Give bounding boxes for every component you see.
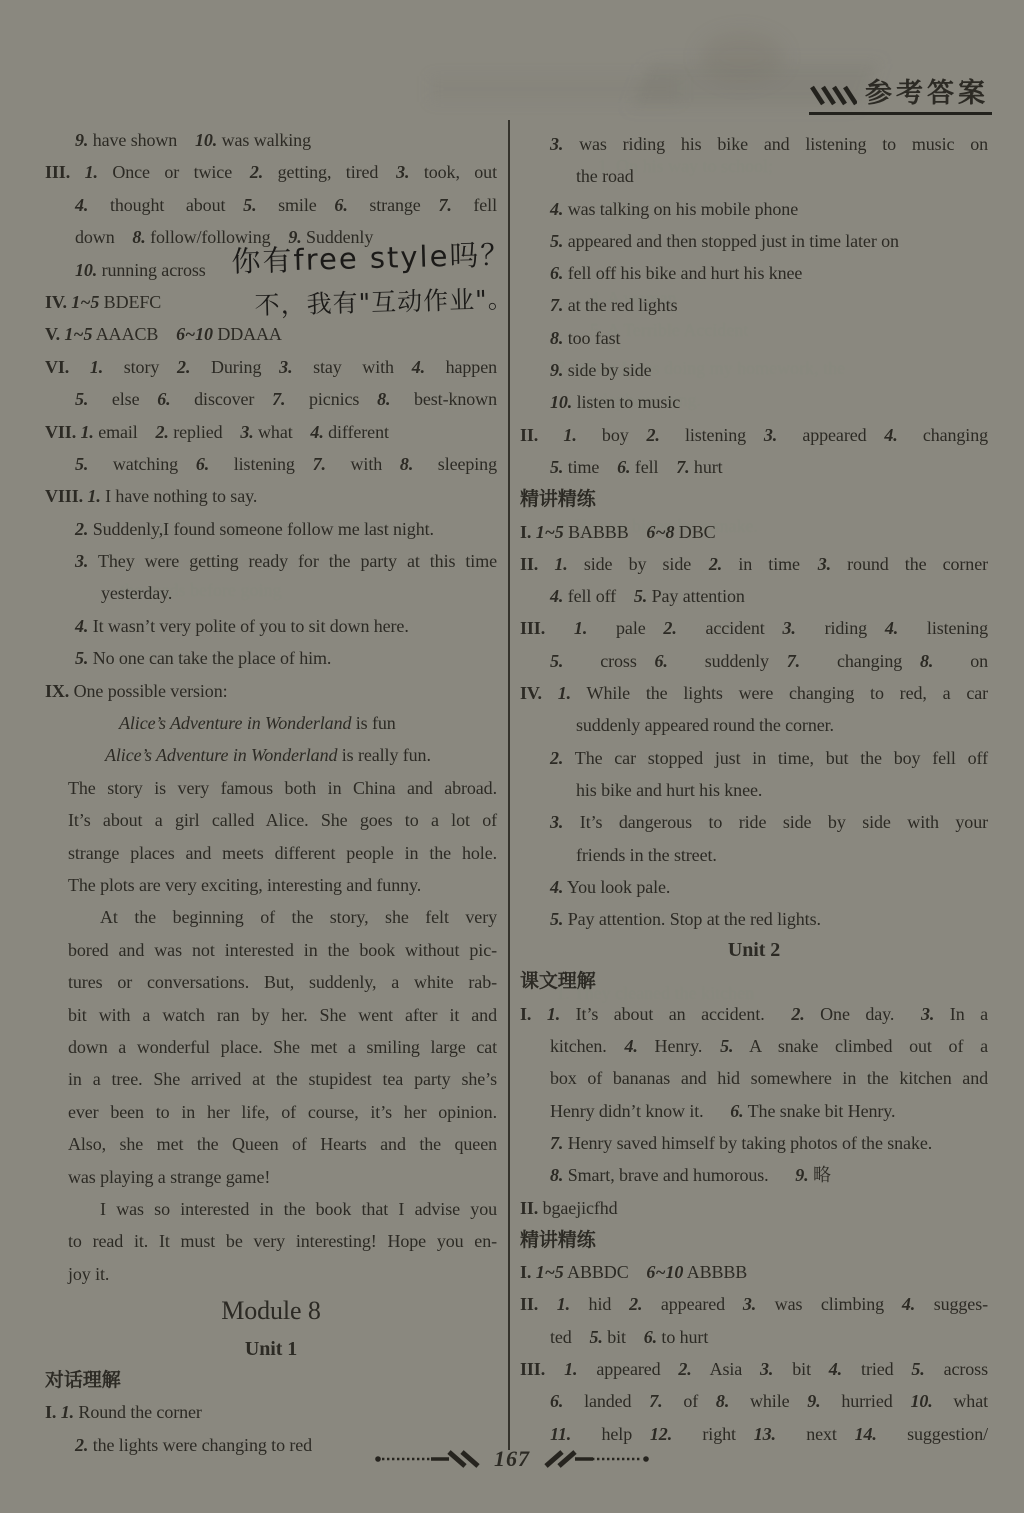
bleedthrough-smudge: [430, 76, 680, 102]
answer-line: tures or conversations. But, suddenly, a…: [45, 966, 497, 998]
answer-line: I. 1. Round the corner: [45, 1396, 497, 1428]
answer-line: II. bgaejicfhd: [520, 1192, 988, 1224]
answer-line: 4. was talking on his mobile phone: [520, 193, 988, 225]
answer-line: IV. 1. While the lights were changing to…: [520, 677, 988, 709]
page-footer: 167: [0, 1446, 1024, 1472]
column-left: 9. have shown 10. was walkingIII. 1. Onc…: [45, 118, 497, 1461]
answer-line: 5. else 6. discover 7. picnics 8. best-k…: [45, 383, 497, 415]
answer-line: Alice’s Adventure in Wonderland is reall…: [45, 739, 497, 771]
answer-line: suddenly appeared round the corner.: [520, 709, 988, 741]
footer-rule-right-icon: [539, 1450, 651, 1468]
answer-line: VII. 1. email 2. replied 3. what 4. diff…: [45, 416, 497, 448]
answer-line: box of bananas and hid somewhere in the …: [520, 1062, 988, 1094]
answer-line: I. 1~5 ABBDC 6~10 ABBBB: [520, 1256, 988, 1288]
answer-line: strange places and meets different peopl…: [45, 837, 497, 869]
answer-line: 5. time 6. fell 7. hurt: [520, 451, 988, 483]
answer-line: 5. cross 6. suddenly 7. changing 8. on: [520, 645, 988, 677]
answer-line: ted 5. bit 6. to hurt: [520, 1321, 988, 1353]
answer-line: the road: [520, 160, 988, 192]
answer-line: ever been to in her life, of course, it’…: [45, 1096, 497, 1128]
answer-line: At the beginning of the story, she felt …: [45, 901, 497, 933]
answer-line: 5. Pay attention. Stop at the red lights…: [520, 903, 988, 935]
section-heading: 课文理解: [520, 965, 988, 997]
answer-line: Also, she met the Queen of Hearts and th…: [45, 1128, 497, 1160]
answer-line: The story is very famous both in China a…: [45, 772, 497, 804]
answer-line: 5. appeared and then stopped just in tim…: [520, 225, 988, 257]
answer-line: The plots are very exciting, interesting…: [45, 869, 497, 901]
answer-line: 6. fell off his bike and hurt his knee: [520, 257, 988, 289]
answer-line: 4. fell off 5. Pay attention: [520, 580, 988, 612]
answer-line: 10. running across: [45, 254, 497, 286]
decorative-slashes-icon: [809, 84, 857, 106]
answer-line: V. 1~5 AAACB 6~10 DDAAA: [45, 318, 497, 350]
answer-line: III. 1. Once or twice 2. getting, tired …: [45, 156, 497, 188]
answer-line: I was so interested in the book that I a…: [45, 1193, 497, 1225]
answer-line: II. 1. side by side 2. in time 3. round …: [520, 548, 988, 580]
answer-line: 9. side by side: [520, 354, 988, 386]
page-number: 167: [494, 1446, 530, 1472]
module-heading: Module 8: [45, 1290, 497, 1334]
footer-rule-left-icon: [373, 1450, 485, 1468]
answer-line: 3. It’s dangerous to ride side by side w…: [520, 806, 988, 838]
answer-line: III. 1. pale 2. accident 3. riding 4. li…: [520, 612, 988, 644]
answer-line: 4. You look pale.: [520, 871, 988, 903]
answer-line: 3. They were getting ready for the party…: [45, 545, 497, 577]
answer-line: 5. watching 6. listening 7. with 8. slee…: [45, 448, 497, 480]
section-heading: 对话理解: [45, 1364, 497, 1396]
answer-line: 4. It wasn’t very polite of you to sit d…: [45, 610, 497, 642]
unit-heading: Unit 1: [45, 1334, 497, 1364]
answer-line: VI. 1. story 2. During 3. stay with 4. h…: [45, 351, 497, 383]
answer-line: VIII. 1. I have nothing to say.: [45, 480, 497, 512]
answer-line: It’s about a girl called Alice. She goes…: [45, 804, 497, 836]
scanned-answer-page: 1. On his way to school;4. A woman5. A T…: [0, 0, 1024, 1513]
answer-line: 5. No one can take the place of him.: [45, 642, 497, 674]
unit-heading: Unit 2: [520, 935, 988, 965]
page-header-title: 参考答案: [865, 80, 989, 107]
answer-line: bit with a watch ran by her. She went af…: [45, 999, 497, 1031]
answer-line: II. 1. boy 2. listening 3. appeared 4. c…: [520, 419, 988, 451]
answer-line: I. 1~5 BABBB 6~8 DBC: [520, 516, 988, 548]
answer-line: 3. was riding his bike and listening to …: [520, 128, 988, 160]
section-heading: 精讲精练: [520, 483, 988, 515]
answer-line: IX. One possible version:: [45, 675, 497, 707]
answer-line: 2. Suddenly,I found someone follow me la…: [45, 513, 497, 545]
section-heading: 精讲精练: [520, 1224, 988, 1256]
answer-line: 10. listen to music: [520, 386, 988, 418]
answer-line: IV. 1~5 BDEFC: [45, 286, 497, 318]
answer-line: 6. landed 7. of 8. while 9. hurried 10. …: [520, 1385, 988, 1417]
answer-line: I. 1. It’s about an accident. 2. One day…: [520, 998, 988, 1030]
answer-line: in a tree. She arrived at the stupidest …: [45, 1063, 497, 1095]
answer-line: 8. too fast: [520, 322, 988, 354]
answer-line: 8. Smart, brave and humorous. 9. 略: [520, 1159, 988, 1191]
answer-line: joy it.: [45, 1258, 497, 1290]
answer-line: Alice’s Adventure in Wonderland is fun: [45, 707, 497, 739]
answer-line: 4. thought about 5. smile 6. strange 7. …: [45, 189, 497, 221]
answer-line: bored and was not interested in the book…: [45, 934, 497, 966]
answer-line: 7. Henry saved himself by taking photos …: [520, 1127, 988, 1159]
answer-line: down 8. follow/following 9. Suddenly: [45, 221, 497, 253]
answer-line: II. 1. hid 2. appeared 3. was climbing 4…: [520, 1288, 988, 1320]
answer-line: friends in the street.: [520, 839, 988, 871]
answer-line: was playing a strange game!: [45, 1161, 497, 1193]
bleedthrough-smudge: [700, 32, 784, 82]
page-header: 参考答案: [809, 80, 992, 115]
answer-line: to read it. It must be very interesting!…: [45, 1225, 497, 1257]
column-right: 3. was riding his bike and listening to …: [520, 118, 988, 1450]
answer-line: Henry didn’t know it. 6. The snake bit H…: [520, 1095, 988, 1127]
answer-line: his bike and hurt his knee.: [520, 774, 988, 806]
answer-line: 7. at the red lights: [520, 289, 988, 321]
answer-line: 2. The car stopped just in time, but the…: [520, 742, 988, 774]
answer-line: kitchen. 4. Henry. 5. A snake climbed ou…: [520, 1030, 988, 1062]
column-divider-line: [508, 120, 510, 1450]
answer-line: 9. have shown 10. was walking: [45, 124, 497, 156]
answer-line: III. 1. appeared 2. Asia 3. bit 4. tried…: [520, 1353, 988, 1385]
answer-line: yesterday.: [45, 577, 497, 609]
answer-line: down a wonderful place. She met a smilin…: [45, 1031, 497, 1063]
